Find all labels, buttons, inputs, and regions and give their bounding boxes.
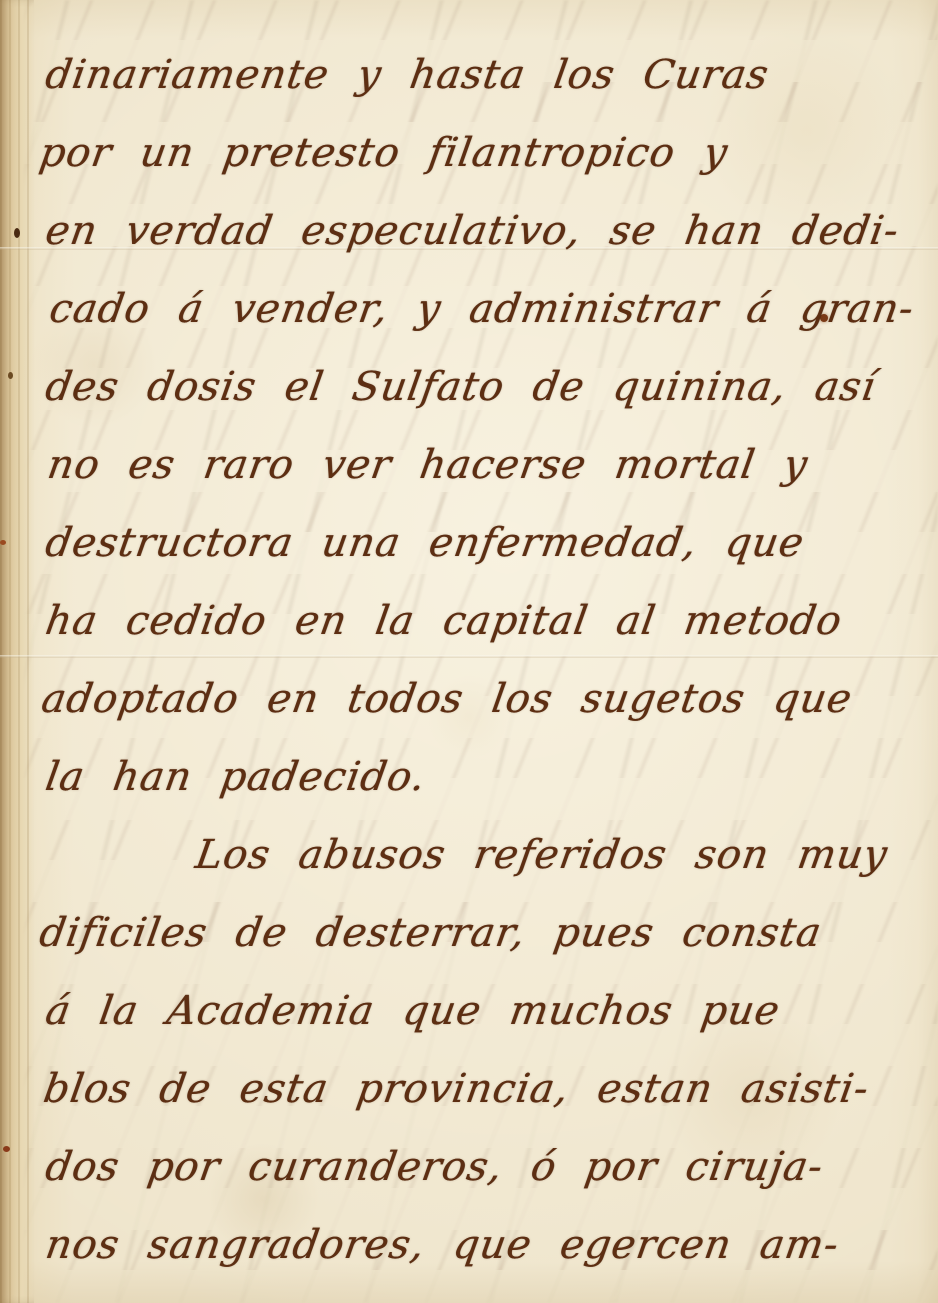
manuscript-line: dificiles de desterrar, pues consta <box>46 894 912 972</box>
manuscript-line: cado á vender, y administrar á gran- <box>46 270 912 348</box>
manuscript-line: blos de esta provincia, estan asisti- <box>46 1050 912 1128</box>
manuscript-line-text: dinariamente y hasta los Curas <box>40 36 775 114</box>
manuscript-line-text: la han padecido. <box>40 738 432 816</box>
manuscript-line: destructora una enfermedad, que <box>46 504 912 582</box>
manuscript-line-text: á la Academia que muchos pue <box>40 972 786 1050</box>
manuscript-line: no es raro ver hacerse mortal y <box>46 426 912 504</box>
ink-speck <box>0 540 6 545</box>
manuscript-line-text: en verdad especulativo, se han dedi- <box>40 192 905 270</box>
ink-speck <box>8 372 13 379</box>
manuscript-line-paragraph-start: Los abusos referidos son muy <box>46 816 912 894</box>
manuscript-line: en verdad especulativo, se han dedi- <box>46 192 912 270</box>
manuscript-line: ha cedido en la capital al metodo <box>46 582 912 660</box>
manuscript-text-block: dinariamente y hasta los Curas por un pr… <box>46 36 912 1284</box>
manuscript-line-text: blos de esta provincia, estan asisti- <box>38 1050 875 1128</box>
page-binding-edge <box>0 0 34 1303</box>
manuscript-line-text: Los abusos referidos son muy <box>190 816 894 894</box>
manuscript-line: dos por curanderos, ó por ciruja- <box>46 1128 912 1206</box>
manuscript-line-text: des dosis el Sulfato de quinina, así <box>40 348 882 426</box>
manuscript-line: á la Academia que muchos pue <box>46 972 912 1050</box>
manuscript-line: por un pretesto filantropico y <box>46 114 912 192</box>
manuscript-line-text: no es raro ver hacerse mortal y <box>42 426 814 504</box>
manuscript-line-text: ha cedido en la capital al metodo <box>40 582 848 660</box>
manuscript-line-text: nos sangradores, que egercen am- <box>40 1206 845 1284</box>
manuscript-line-text: cado á vender, y administrar á gran- <box>44 270 920 348</box>
manuscript-line: des dosis el Sulfato de quinina, así <box>46 348 912 426</box>
manuscript-line: nos sangradores, que egercen am- <box>46 1206 912 1284</box>
manuscript-page: dinariamente y hasta los Curas por un pr… <box>0 0 938 1303</box>
manuscript-line-text: por un pretesto filantropico y <box>34 114 734 192</box>
manuscript-line: dinariamente y hasta los Curas <box>46 36 912 114</box>
manuscript-line-text: dos por curanderos, ó por ciruja- <box>40 1128 829 1206</box>
manuscript-line: adoptado en todos los sugetos que <box>46 660 912 738</box>
manuscript-line-text: adoptado en todos los sugetos que <box>36 660 858 738</box>
manuscript-line-text: dificiles de desterrar, pues consta <box>34 894 828 972</box>
manuscript-line: la han padecido. <box>46 738 912 816</box>
ink-speck <box>14 228 20 238</box>
manuscript-line-text: destructora una enfermedad, que <box>40 504 810 582</box>
ink-speck <box>3 1146 10 1152</box>
